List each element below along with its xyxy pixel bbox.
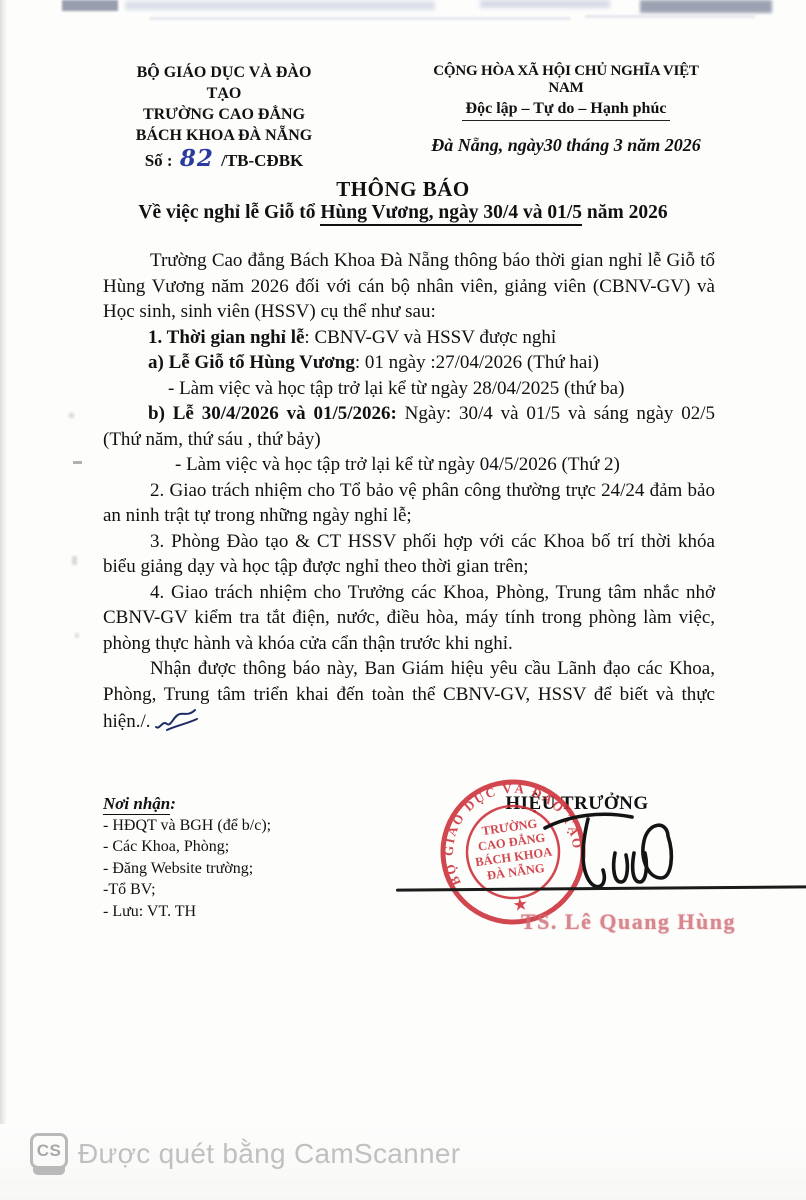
document-body: Trường Cao đẳng Bách Khoa Đà Nẵng thông … — [103, 248, 715, 735]
document-number-suffix: /TB-CĐBK — [221, 151, 303, 170]
document-title: THÔNG BÁO — [0, 177, 806, 202]
date-day-handwritten: 30 — [544, 135, 562, 155]
recipient-item: - Lưu: VT. TH — [103, 901, 271, 923]
issuer-block: BỘ GIÁO DỤC VÀ ĐÀO TẠO TRƯỜNG CAO ĐẲNG B… — [118, 62, 330, 171]
national-title: CỘNG HÒA XÃ HỘI CHỦ NGHĨA VIỆT NAM — [418, 63, 714, 97]
document-subtitle: Về việc nghỉ lễ Giỗ tổ Hùng Vương, ngày … — [0, 202, 806, 224]
scan-artifact-top — [62, 0, 118, 11]
paragraph-item-b: b) Lễ 30/4/2026 và 01/5/2026: Ngày: 30/4… — [103, 401, 715, 452]
recipients-title: Nơi nhận: — [103, 793, 271, 815]
issuer-school-line1: TRƯỜNG CAO ĐẲNG — [118, 104, 330, 125]
paragraph-section-4: 4. Giao trách nhiệm cho Trưởng các Khoa,… — [103, 580, 715, 657]
recipient-item: - Các Khoa, Phòng; — [103, 836, 271, 858]
camscanner-watermark-bar: CS Được quét bằng CamScanner — [0, 1124, 806, 1200]
national-motto: Độc lập – Tự do – Hạnh phúc — [462, 100, 671, 121]
scan-speck — [69, 413, 74, 418]
scan-artifact-top — [640, 0, 772, 13]
camscanner-watermark-text: Được quét bằng CamScanner — [78, 1138, 460, 1170]
handwritten-initials-flourish — [153, 707, 201, 733]
scan-speck — [73, 461, 82, 464]
recipient-item: -Tổ BV; — [103, 879, 271, 901]
issuer-school-line2: BÁCH KHOA ĐÀ NẴNG — [118, 125, 330, 146]
paragraph-section-2: 2. Giao trách nhiệm cho Tổ bảo vệ phân c… — [103, 478, 715, 529]
scan-speck — [72, 556, 77, 565]
paragraph-closing: Nhận được thông báo này, Ban Giám hiệu y… — [103, 656, 715, 735]
paragraph-item-a-sub: - Làm việc và học tập trở lại kể từ ngày… — [103, 376, 715, 402]
document-number-line: Số : 82 /TB-CĐBK — [118, 148, 330, 171]
document-number-handwritten: 82 — [177, 145, 217, 172]
paragraph-section-3: 3. Phòng Đào tạo & CT HSSV phối hợp với … — [103, 529, 715, 580]
national-header-block: CỘNG HÒA XÃ HỘI CHỦ NGHĨA VIỆT NAM Độc l… — [418, 63, 714, 156]
scan-artifact-top — [150, 17, 570, 20]
recipients-block: Nơi nhận: - HĐQT và BGH (để b/c); - Các … — [103, 793, 271, 922]
recipient-item: - Đăng Website trường; — [103, 858, 271, 880]
camscanner-icon-label: CS — [30, 1133, 68, 1169]
scan-artifact-top — [585, 15, 755, 18]
issuer-ministry: BỘ GIÁO DỤC VÀ ĐÀO TẠO — [118, 62, 330, 104]
paragraph-item-b-sub: - Làm việc và học tập trở lại kể từ ngày… — [103, 452, 715, 478]
paragraph-intro: Trường Cao đẳng Bách Khoa Đà Nẵng thông … — [103, 248, 715, 325]
paragraph-section-1: 1. Thời gian nghỉ lễ: CBNV-GV và HSSV đư… — [103, 325, 715, 351]
document-number-label: Số : — [145, 151, 173, 170]
date-line: Đà Nẵng, ngày30 tháng 3 năm 2026 — [418, 135, 714, 156]
scan-artifact-top — [480, 0, 610, 8]
handwritten-signature — [540, 798, 675, 898]
camscanner-icon-base — [33, 1166, 65, 1175]
camscanner-icon: CS — [30, 1133, 68, 1175]
subtitle-underlined-part: Hùng Vương, ngày 30/4 và 01/5 — [320, 202, 582, 226]
paragraph-item-a: a) Lễ Giỗ tổ Hùng Vương: 01 ngày :27/04/… — [103, 350, 715, 376]
scanned-document-page: BỘ GIÁO DỤC VÀ ĐÀO TẠO TRƯỜNG CAO ĐẲNG B… — [0, 0, 806, 1200]
signer-name: TS. Lê Quang Hùng — [521, 909, 736, 935]
scan-artifact-top — [125, 1, 435, 10]
recipient-item: - HĐQT và BGH (để b/c); — [103, 815, 271, 837]
scan-speck — [75, 633, 79, 638]
